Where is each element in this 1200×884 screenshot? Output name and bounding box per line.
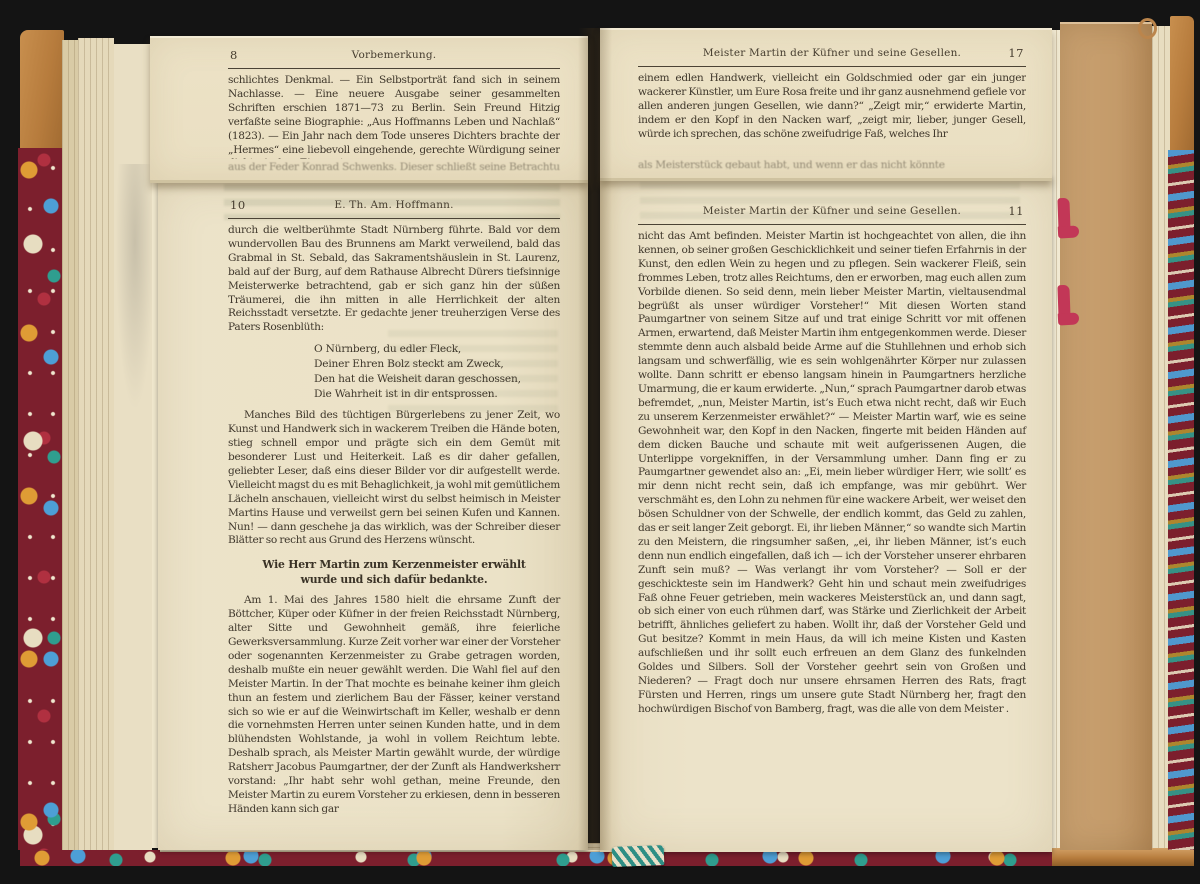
right-cover-leather-edge [1170, 16, 1194, 152]
page-header: 10 E. Th. Am. Hoffmann. [228, 198, 560, 214]
paragraph: durch die weltberühmte Stadt Nürnberg fü… [228, 224, 560, 335]
poem-line: Deiner Ehren Bolz steckt am Zweck, [314, 357, 560, 372]
section-heading: Wie Herr Martin zum Kerzenmeister erwähl… [246, 557, 542, 587]
left-page-edges-middle [78, 38, 114, 850]
photo-of-open-book: { "photo": { "background_color": "#14141… [0, 0, 1200, 884]
page-10: 10 E. Th. Am. Hoffmann. durch die weltbe… [158, 180, 588, 850]
poem-line: Den hat die Weisheit daran geschossen, [314, 372, 560, 387]
page-body-text: nicht das Amt befinden. Meister Martin i… [638, 230, 1026, 717]
page-edge-smudge [114, 164, 152, 424]
page-header: Meister Martin der Küfner und seine Gese… [638, 46, 1026, 62]
bottom-marbled-edge [20, 850, 1052, 866]
red-letter-fragment-lower [1058, 285, 1082, 331]
page-17-partial: Meister Martin der Küfner und seine Gese… [600, 28, 1052, 181]
poem: O Nürnberg, du edler Fleck, Deiner Ehren… [314, 342, 560, 402]
red-letter-fragment-upper [1058, 198, 1082, 244]
poem-line: O Nürnberg, du edler Fleck, [314, 342, 560, 357]
running-title: Vorbemerkung. [228, 49, 560, 61]
bookmark-loop [1138, 18, 1157, 39]
paragraph: Am 1. Mai des Jahres 1580 hielt die ehrs… [228, 594, 560, 817]
left-cover-marbled-paper [18, 148, 64, 850]
left-page-edges-outer [62, 40, 78, 850]
left-page-edges-inner [114, 44, 152, 850]
page-header: Meister Martin der Küfner und seine Gese… [638, 204, 1026, 220]
page-body-text: schlichtes Denkmal. — Ein Selbstporträt … [228, 74, 560, 159]
page-number: 11 [1008, 204, 1024, 218]
tan-endpaper-leaf [1060, 22, 1152, 850]
running-title: Meister Martin der Küfner und seine Gese… [638, 205, 1026, 217]
right-cover-marbled-paper [1168, 150, 1194, 850]
page-11: Meister Martin der Küfner und seine Gese… [600, 176, 1052, 852]
running-title: E. Th. Am. Hoffmann. [228, 199, 560, 211]
red-letter-serif [1058, 312, 1080, 325]
header-rule [638, 224, 1026, 225]
cut-off-text-line: aus der Feder Konrad Schwenks. Dieser sc… [228, 162, 560, 171]
header-rule [228, 218, 560, 219]
page-8-partial: 8 Vorbemerkung. schlichtes Denkmal. — Ei… [150, 36, 588, 183]
left-cover-leather-edge [20, 30, 64, 154]
cut-off-text-line: als Meisterstück gebaut habt, und wenn e… [638, 160, 1026, 169]
headband [612, 845, 665, 867]
page-header: 8 Vorbemerkung. [228, 48, 560, 64]
red-letter-serif [1058, 225, 1080, 238]
running-title: Meister Martin der Küfner und seine Gese… [638, 47, 1026, 59]
paragraph: Manches Bild des tüchtigen Bürgerlebens … [228, 409, 560, 548]
page-body-text: einem edlen Handwerk, vielleicht ein Gol… [638, 72, 1026, 142]
poem-line: Die Wahrheit ist in dir entsprossen. [314, 387, 560, 402]
page-number: 17 [1008, 46, 1024, 60]
